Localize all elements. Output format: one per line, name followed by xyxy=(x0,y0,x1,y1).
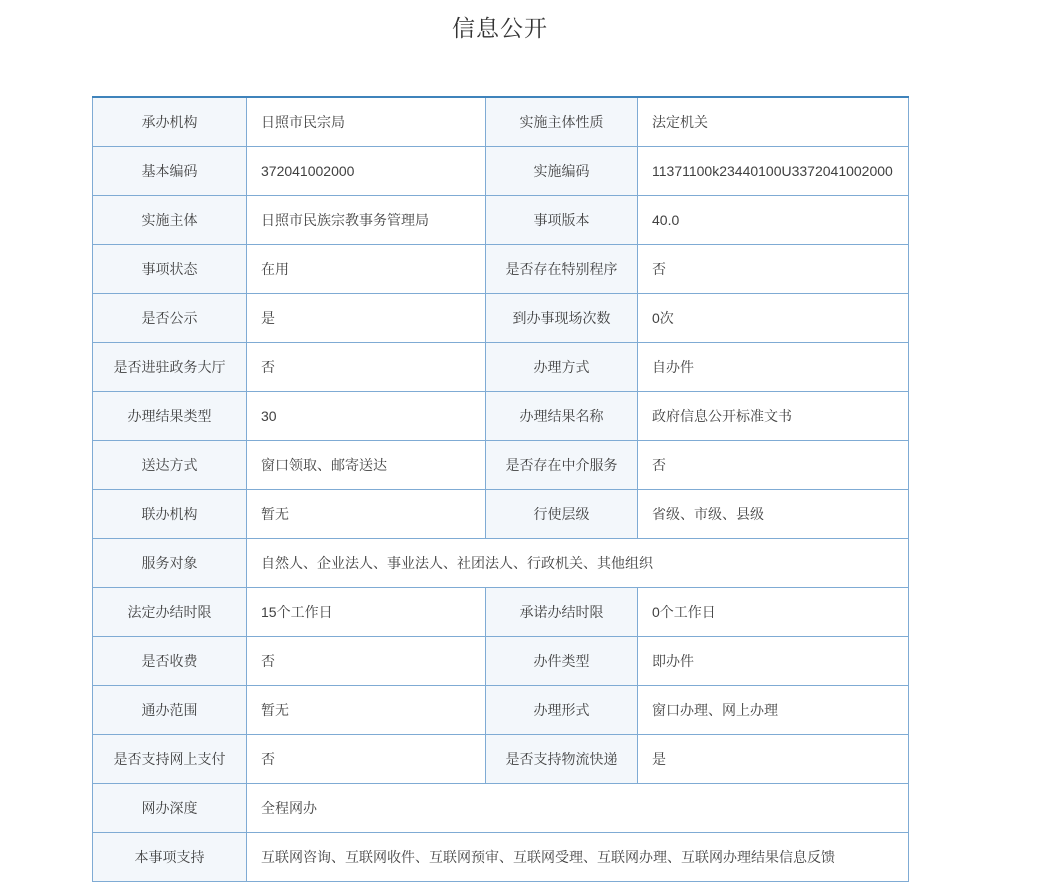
field-label: 事项版本 xyxy=(486,195,638,244)
field-label: 网办深度 xyxy=(93,783,247,832)
field-label: 承办机构 xyxy=(93,97,247,146)
field-label: 承诺办结时限 xyxy=(486,587,638,636)
info-disclosure-page: 信息公开 承办机构日照市民宗局实施主体性质法定机关基本编码37204100200… xyxy=(0,0,1055,882)
field-value: 372041002000 xyxy=(247,146,486,195)
field-label: 服务对象 xyxy=(93,538,247,587)
field-value: 在用 xyxy=(247,244,486,293)
field-label: 基本编码 xyxy=(93,146,247,195)
field-value: 互联网咨询、互联网收件、互联网预审、互联网受理、互联网办理、互联网办理结果信息反… xyxy=(247,832,909,881)
table-row: 送达方式窗口领取、邮寄送达是否存在中介服务否 xyxy=(93,440,909,489)
field-label: 实施编码 xyxy=(486,146,638,195)
field-value: 0次 xyxy=(638,293,909,342)
field-label: 是否支持物流快递 xyxy=(486,734,638,783)
table-row: 联办机构暂无行使层级省级、市级、县级 xyxy=(93,489,909,538)
field-label: 通办范围 xyxy=(93,685,247,734)
field-label: 法定办结时限 xyxy=(93,587,247,636)
field-value: 全程网办 xyxy=(247,783,909,832)
page-title: 信息公开 xyxy=(92,10,908,43)
field-label: 是否公示 xyxy=(93,293,247,342)
field-value: 否 xyxy=(247,734,486,783)
field-value: 自办件 xyxy=(638,342,909,391)
field-label: 联办机构 xyxy=(93,489,247,538)
table-row: 基本编码372041002000实施编码11371100k23440100U33… xyxy=(93,146,909,195)
field-label: 实施主体性质 xyxy=(486,97,638,146)
field-label: 本事项支持 xyxy=(93,832,247,881)
table-row: 实施主体日照市民族宗教事务管理局事项版本40.0 xyxy=(93,195,909,244)
field-value: 政府信息公开标准文书 xyxy=(638,391,909,440)
field-value: 否 xyxy=(638,244,909,293)
field-label: 到办事现场次数 xyxy=(486,293,638,342)
table-row: 法定办结时限15个工作日承诺办结时限0个工作日 xyxy=(93,587,909,636)
field-value: 11371100k23440100U3372041002000 xyxy=(638,146,909,195)
field-label: 行使层级 xyxy=(486,489,638,538)
field-value: 0个工作日 xyxy=(638,587,909,636)
table-row: 本事项支持互联网咨询、互联网收件、互联网预审、互联网受理、互联网办理、互联网办理… xyxy=(93,832,909,881)
field-value: 暂无 xyxy=(247,489,486,538)
field-value: 是 xyxy=(247,293,486,342)
field-label: 是否存在中介服务 xyxy=(486,440,638,489)
table-row: 办理结果类型30办理结果名称政府信息公开标准文书 xyxy=(93,391,909,440)
table-row: 网办深度全程网办 xyxy=(93,783,909,832)
field-label: 是否支持网上支付 xyxy=(93,734,247,783)
table-row: 事项状态在用是否存在特别程序否 xyxy=(93,244,909,293)
field-value: 法定机关 xyxy=(638,97,909,146)
field-value: 即办件 xyxy=(638,636,909,685)
field-label: 实施主体 xyxy=(93,195,247,244)
field-label: 办理结果名称 xyxy=(486,391,638,440)
table-row: 承办机构日照市民宗局实施主体性质法定机关 xyxy=(93,97,909,146)
field-value: 否 xyxy=(638,440,909,489)
info-table-body: 承办机构日照市民宗局实施主体性质法定机关基本编码372041002000实施编码… xyxy=(93,97,909,881)
table-row: 是否进驻政务大厅否办理方式自办件 xyxy=(93,342,909,391)
field-value: 暂无 xyxy=(247,685,486,734)
field-value: 否 xyxy=(247,342,486,391)
field-value: 否 xyxy=(247,636,486,685)
table-row: 是否收费否办件类型即办件 xyxy=(93,636,909,685)
table-row: 是否公示是到办事现场次数0次 xyxy=(93,293,909,342)
field-label: 办理结果类型 xyxy=(93,391,247,440)
field-label: 事项状态 xyxy=(93,244,247,293)
field-label: 是否收费 xyxy=(93,636,247,685)
table-row: 是否支持网上支付否是否支持物流快递是 xyxy=(93,734,909,783)
field-value: 自然人、企业法人、事业法人、社团法人、行政机关、其他组织 xyxy=(247,538,909,587)
field-label: 办理方式 xyxy=(486,342,638,391)
field-value: 40.0 xyxy=(638,195,909,244)
field-label: 送达方式 xyxy=(93,440,247,489)
field-label: 是否存在特别程序 xyxy=(486,244,638,293)
field-value: 窗口领取、邮寄送达 xyxy=(247,440,486,489)
field-value: 日照市民族宗教事务管理局 xyxy=(247,195,486,244)
field-value: 窗口办理、网上办理 xyxy=(638,685,909,734)
field-value: 30 xyxy=(247,391,486,440)
field-label: 办理形式 xyxy=(486,685,638,734)
field-value: 日照市民宗局 xyxy=(247,97,486,146)
field-value: 省级、市级、县级 xyxy=(638,489,909,538)
field-label: 办件类型 xyxy=(486,636,638,685)
field-value: 15个工作日 xyxy=(247,587,486,636)
table-row: 通办范围暂无办理形式窗口办理、网上办理 xyxy=(93,685,909,734)
info-table: 承办机构日照市民宗局实施主体性质法定机关基本编码372041002000实施编码… xyxy=(92,96,909,882)
field-label: 是否进驻政务大厅 xyxy=(93,342,247,391)
field-value: 是 xyxy=(638,734,909,783)
table-row: 服务对象自然人、企业法人、事业法人、社团法人、行政机关、其他组织 xyxy=(93,538,909,587)
